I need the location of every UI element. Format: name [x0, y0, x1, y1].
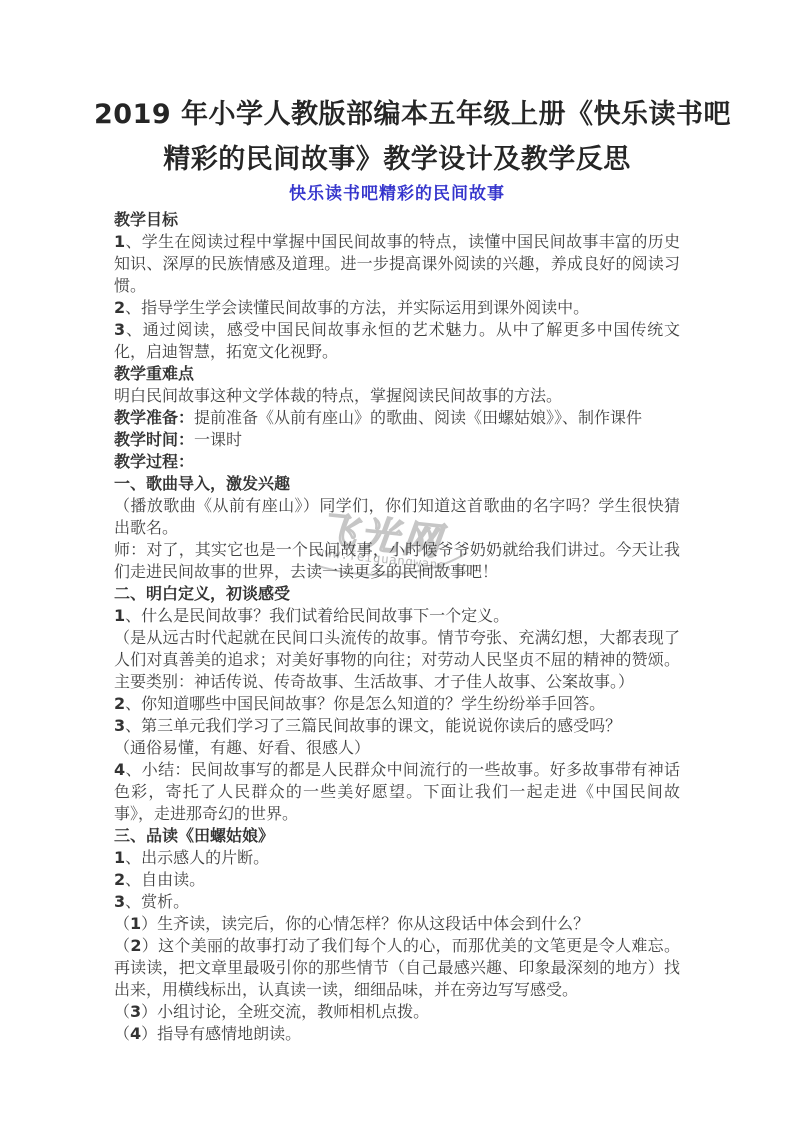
- bold-run: 2: [130, 936, 141, 955]
- text-run: ）指导有感情地朗读。: [141, 1024, 301, 1043]
- paragraph: 3、第三单元我们学习了三篇民间故事的课文，能说说你读后的感受吗？: [114, 715, 680, 737]
- paragraph: 教学重难点: [114, 363, 680, 385]
- paragraph: 教学过程：: [114, 451, 680, 473]
- paragraph: 1、出示感人的片断。: [114, 847, 680, 869]
- paragraph: 2、你知道哪些中国民间故事？你是怎么知道的？学生纷纷举手回答。: [114, 693, 680, 715]
- bold-run: 2: [114, 694, 125, 713]
- paragraph: 二、明白定义，初谈感受: [114, 583, 680, 605]
- bold-run: 3: [114, 892, 125, 911]
- bold-run: 三、品读《田螺姑娘》: [114, 826, 274, 845]
- bold-run: 二、明白定义，初谈感受: [114, 584, 290, 603]
- paragraph: 2、自由读。: [114, 869, 680, 891]
- text-run: （: [114, 1002, 130, 1021]
- paragraph: （2）这个美丽的故事打动了我们每个人的心，而那优美的文笔更是令人难忘。再读读，把…: [114, 935, 680, 1001]
- bold-run: 2: [114, 870, 125, 889]
- paragraph: （是从远古时代起就在民间口头流传的故事。情节夸张、充满幻想，大都表现了人们对真善…: [114, 627, 680, 693]
- text-run: 、学生在阅读过程中掌握中国民间故事的特点，读懂中国民间故事丰富的历史知识、深厚的…: [114, 232, 680, 295]
- paragraph: （4）指导有感情地朗读。: [114, 1023, 680, 1045]
- bold-run: 3: [130, 1002, 141, 1021]
- bold-run: 一、歌曲导入，激发兴趣: [114, 474, 290, 493]
- paragraph: 3、通过阅读，感受中国民间故事永恒的艺术魅力。从中了解更多中国传统文化，启迪智慧…: [114, 319, 680, 363]
- bold-run: 4: [114, 760, 125, 779]
- paragraph: 教学准备：提前准备《从前有座山》的歌曲、阅读《田螺姑娘》》、制作课件: [114, 407, 680, 429]
- text-run: 、你知道哪些中国民间故事？你是怎么知道的？学生纷纷举手回答。: [125, 694, 605, 713]
- bold-run: 教学准备：: [114, 408, 194, 427]
- text-run: ）生齐读，读完后，你的心情怎样？你从这段话中体会到什么？: [141, 914, 589, 933]
- paragraph: 1、什么是民间故事？我们试着给民间故事下一个定义。: [114, 605, 680, 627]
- text-run: （是从远古时代起就在民间口头流传的故事。情节夸张、充满幻想，大都表现了人们对真善…: [114, 628, 680, 691]
- title-line-2: 精彩的民间故事》教学设计及教学反思: [94, 137, 700, 182]
- bold-run: 教学时间：: [114, 430, 194, 449]
- paragraph: （播放歌曲《从前有座山》）同学们，你们知道这首歌曲的名字吗？学生很快猜出歌名。: [114, 495, 680, 539]
- paragraph: （3）小组讨论，全班交流，教师相机点拨。: [114, 1001, 680, 1023]
- bold-run: 教学过程：: [114, 452, 194, 471]
- paragraph: 4、小结：民间故事写的都是人民群众中间流行的一些故事。好多故事带有神话色彩，寄托…: [114, 759, 680, 825]
- document-content: 2019 年小学人教版部编本五年级上册《快乐读书吧 精彩的民间故事》教学设计及教…: [0, 0, 793, 1045]
- paragraph: 师：对了，其实它也是一个民间故事，小时候爷爷奶奶就给我们讲过。今天让我们走进民间…: [114, 539, 680, 583]
- text-run: 、通过阅读，感受中国民间故事永恒的艺术魅力。从中了解更多中国传统文化，启迪智慧，…: [114, 320, 680, 361]
- bold-run: 3: [114, 716, 125, 735]
- paragraph: （1）生齐读，读完后，你的心情怎样？你从这段话中体会到什么？: [114, 913, 680, 935]
- bold-run: 3: [114, 320, 125, 339]
- paragraph: （通俗易懂，有趣、好看、很感人）: [114, 737, 680, 759]
- text-run: （通俗易懂，有趣、好看、很感人）: [114, 738, 370, 757]
- paragraph: 一、歌曲导入，激发兴趣: [114, 473, 680, 495]
- bold-run: 1: [114, 606, 125, 625]
- text-run: 、赏析。: [125, 892, 189, 911]
- text-run: 提前准备《从前有座山》的歌曲、阅读《田螺姑娘》》、制作课件: [194, 408, 642, 427]
- text-run: ）这个美丽的故事打动了我们每个人的心，而那优美的文笔更是令人难忘。再读读，把文章…: [114, 936, 680, 999]
- text-run: （: [114, 1024, 130, 1043]
- text-run: 、第三单元我们学习了三篇民间故事的课文，能说说你读后的感受吗？: [125, 716, 621, 735]
- document-body: 教学目标1、学生在阅读过程中掌握中国民间故事的特点，读懂中国民间故事丰富的历史知…: [114, 209, 680, 1045]
- text-run: （: [114, 936, 130, 955]
- text-run: 、自由读。: [125, 870, 205, 889]
- text-run: （: [114, 914, 130, 933]
- text-run: 、什么是民间故事？我们试着给民间故事下一个定义。: [125, 606, 509, 625]
- text-run: （播放歌曲《从前有座山》）同学们，你们知道这首歌曲的名字吗？学生很快猜出歌名。: [114, 496, 680, 537]
- bold-run: 2: [114, 298, 125, 317]
- bold-run: 教学重难点: [114, 364, 194, 383]
- paragraph: 教学目标: [114, 209, 680, 231]
- document-title: 2019 年小学人教版部编本五年级上册《快乐读书吧 精彩的民间故事》教学设计及教…: [94, 92, 700, 182]
- paragraph: 教学时间：一课时: [114, 429, 680, 451]
- paragraph: 三、品读《田螺姑娘》: [114, 825, 680, 847]
- title-line-1: 2019 年小学人教版部编本五年级上册《快乐读书吧: [94, 92, 700, 137]
- text-run: ）小组讨论，全班交流，教师相机点拨。: [141, 1002, 429, 1021]
- text-run: 一课时: [194, 430, 242, 449]
- bold-run: 1: [114, 848, 125, 867]
- text-run: 、小结：民间故事写的都是人民群众中间流行的一些故事。好多故事带有神话色彩，寄托了…: [114, 760, 680, 823]
- paragraph: 3、赏析。: [114, 891, 680, 913]
- document-subtitle: 快乐读书吧精彩的民间故事: [114, 182, 680, 206]
- text-run: 明白民间故事这种文学体裁的特点，掌握阅读民间故事的方法。: [114, 386, 562, 405]
- paragraph: 2、指导学生学会读懂民间故事的方法，并实际运用到课外阅读中。: [114, 297, 680, 319]
- paragraph: 明白民间故事这种文学体裁的特点，掌握阅读民间故事的方法。: [114, 385, 680, 407]
- text-run: 师：对了，其实它也是一个民间故事，小时候爷爷奶奶就给我们讲过。今天让我们走进民间…: [114, 540, 680, 581]
- bold-run: 1: [130, 914, 141, 933]
- text-run: 、出示感人的片断。: [125, 848, 269, 867]
- text-run: 、指导学生学会读懂民间故事的方法，并实际运用到课外阅读中。: [125, 298, 589, 317]
- paragraph: 1、学生在阅读过程中掌握中国民间故事的特点，读懂中国民间故事丰富的历史知识、深厚…: [114, 231, 680, 297]
- bold-run: 教学目标: [114, 210, 178, 229]
- bold-run: 1: [114, 232, 125, 251]
- document-page: 飞光网 www.feiguangwang.com 2019 年小学人教版部编本五…: [0, 0, 793, 1122]
- bold-run: 4: [130, 1024, 141, 1043]
